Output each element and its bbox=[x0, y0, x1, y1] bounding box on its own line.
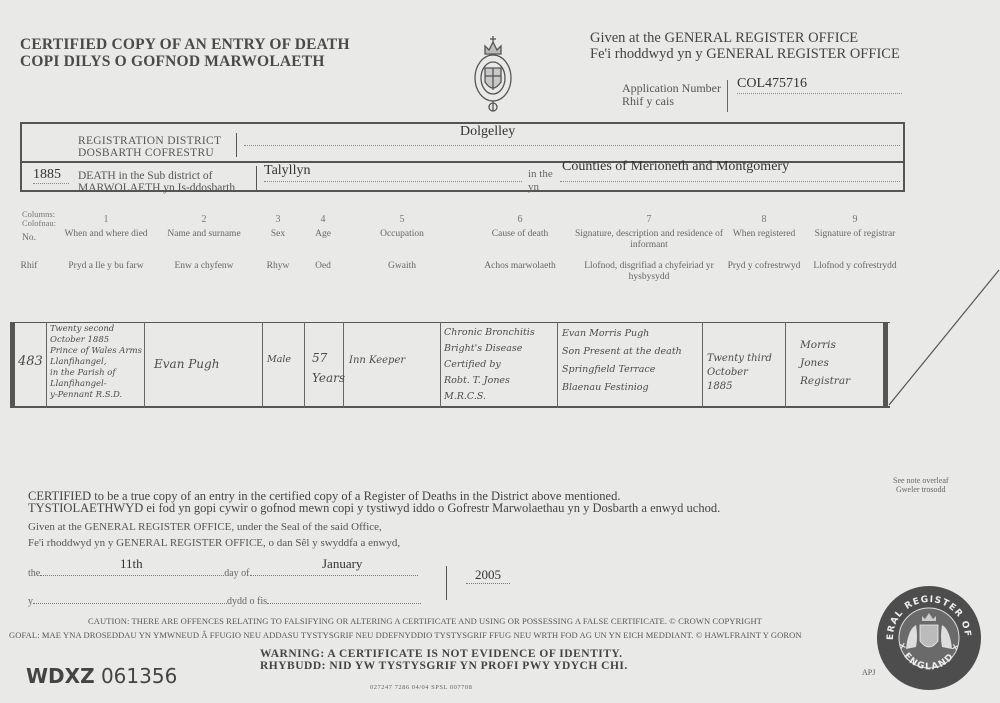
column-number: 4 bbox=[303, 214, 343, 225]
title-welsh: COPI DILYS O GOFNOD MARWOLAETH bbox=[20, 53, 350, 70]
column-header-welsh: Rhif bbox=[14, 261, 44, 272]
certified-welsh: TYSTIOLAETHWYD ei fod yn gopi cywir o go… bbox=[28, 502, 720, 514]
given-under-seal: Given at the GENERAL REGISTER OFFICE, un… bbox=[28, 521, 400, 550]
day-of-welsh: dydd o fis bbox=[227, 596, 267, 607]
column-header-welsh: Achos marwolaeth bbox=[465, 261, 575, 272]
column-divider bbox=[46, 322, 47, 408]
given-under-seal-welsh: Fe'i rhoddwyd yn y GENERAL REGISTER OFFI… bbox=[28, 537, 400, 550]
see-note-welsh: Gweler trosodd bbox=[893, 485, 949, 494]
column-divider bbox=[440, 322, 441, 408]
issue-month: January bbox=[322, 556, 362, 572]
column-header-english: Signature, description and residence of … bbox=[569, 229, 729, 251]
column-divider bbox=[702, 322, 703, 408]
left-margin-bar bbox=[10, 322, 15, 408]
column-header-welsh: Llofnod, disgrifiad a chyfeiriad yr hysb… bbox=[569, 261, 729, 283]
date-line-welsh: ydydd o fis bbox=[28, 596, 421, 607]
entry-number: 483 bbox=[18, 356, 43, 368]
column-divider bbox=[304, 322, 305, 408]
column-divider bbox=[785, 322, 786, 408]
warning-welsh: RHYBUDD: NID YW TYSTYSGRIF YN PROFI PWY … bbox=[260, 660, 628, 672]
certification-statement: CERTIFIED to be a true copy of an entry … bbox=[28, 490, 720, 514]
column-header-welsh: Enw a chyfenw bbox=[154, 261, 254, 272]
application-label-welsh: Rhif y cais bbox=[622, 95, 721, 108]
entry-age: 57Years bbox=[312, 348, 345, 388]
dotted-line bbox=[560, 181, 900, 182]
column-header-english: No. bbox=[14, 233, 44, 244]
issuing-office: Given at the GENERAL REGISTER OFFICE Fe'… bbox=[590, 30, 900, 62]
column-header-welsh: Gwaith bbox=[352, 261, 452, 272]
column-divider bbox=[262, 322, 263, 408]
column-header-english: When and where died bbox=[51, 229, 161, 240]
certificate-title: CERTIFIED COPY OF AN ENTRY OF DEATH COPI… bbox=[20, 36, 350, 70]
county-value: Counties of Merioneth and Montgomery bbox=[562, 159, 789, 175]
entry-when-registered: Twenty thirdOctober1885 bbox=[707, 352, 772, 394]
certificate-serial: WDXZ 061356 bbox=[26, 664, 177, 688]
application-number-label: Application Number Rhif y cais bbox=[622, 82, 721, 108]
the-label-welsh: y bbox=[28, 596, 33, 607]
column-header-english: When registered bbox=[719, 229, 809, 240]
column-number: 8 bbox=[719, 214, 809, 225]
in-the-welsh: yn bbox=[528, 181, 553, 194]
sub-district-label-welsh: MARWOLAETH yn Is-ddosbarth bbox=[78, 182, 235, 194]
serial-prefix: WDXZ bbox=[26, 664, 95, 688]
see-note-overleaf: See note overleaf Gweler trosodd bbox=[893, 476, 949, 494]
print-code: 027247 7286 04/04 SPSL 007708 bbox=[370, 684, 472, 691]
column-number: 3 bbox=[258, 214, 298, 225]
sub-district-value: Talyllyn bbox=[264, 163, 310, 179]
registration-district-label: REGISTRATION DISTRICT DOSBARTH COFRESTRU bbox=[78, 135, 221, 159]
brace bbox=[727, 80, 730, 112]
warning-english: WARNING: A CERTIFICATE IS NOT EVIDENCE O… bbox=[260, 648, 628, 660]
royal-crest-icon bbox=[468, 34, 518, 114]
sub-district-label-english: DEATH in the Sub district of bbox=[78, 170, 235, 182]
sub-district-label: DEATH in the Sub district of MARWOLAETH … bbox=[78, 170, 235, 194]
column-header-welsh: Rhyw bbox=[258, 261, 298, 272]
clerk-initials: APJ bbox=[862, 668, 875, 677]
column-header-welsh: Oed bbox=[303, 261, 343, 272]
entry-when-where: Twenty secondOctober 1885Prince of Wales… bbox=[50, 324, 142, 401]
district-label-english: REGISTRATION DISTRICT bbox=[78, 135, 221, 147]
title-english: CERTIFIED COPY OF AN ENTRY OF DEATH bbox=[20, 36, 350, 53]
gro-seal-icon: GENERAL REGISTER OFFICE × ENGLAND × bbox=[876, 585, 982, 691]
column-number: 6 bbox=[465, 214, 575, 225]
registration-district-value: Dolgelley bbox=[460, 124, 515, 140]
column-number: 5 bbox=[352, 214, 452, 225]
dotted-line bbox=[264, 181, 522, 182]
application-number-value: COL475716 bbox=[737, 76, 902, 94]
see-note-english: See note overleaf bbox=[893, 476, 949, 485]
serial-number: 061356 bbox=[101, 664, 177, 688]
caution-notice: CAUTION: THERE ARE OFFENCES RELATING TO … bbox=[45, 614, 802, 642]
caution-welsh: GOFAL: MAE YNA DROSEDDAU YN YMWNEUD Â FF… bbox=[9, 628, 802, 642]
entry-informant: Evan Morris PughSon Present at the death… bbox=[562, 325, 682, 397]
brace bbox=[236, 133, 241, 157]
column-header-english: Cause of death bbox=[465, 229, 575, 240]
caution-english: CAUTION: THERE ARE OFFENCES RELATING TO … bbox=[45, 614, 802, 628]
column-number: 1 bbox=[51, 214, 161, 225]
entry-registrar-signature: MorrisJonesRegistrar bbox=[800, 336, 850, 390]
day-of-label: day of bbox=[224, 568, 249, 579]
brace bbox=[446, 566, 451, 600]
district-label-welsh: DOSBARTH COFRESTRU bbox=[78, 147, 221, 159]
column-header-welsh: Pryd a lle y bu farw bbox=[51, 261, 161, 272]
entry-occupation: Inn Keeper bbox=[349, 355, 405, 367]
dotted-line bbox=[244, 145, 900, 146]
given-under-seal-english: Given at the GENERAL REGISTER OFFICE, un… bbox=[28, 521, 400, 534]
in-the-label: in the yn bbox=[528, 168, 553, 194]
entry-name: Evan Pugh bbox=[154, 358, 219, 370]
column-number: 2 bbox=[154, 214, 254, 225]
column-header-english: Name and surname bbox=[154, 229, 254, 240]
issuing-office-english: Given at the GENERAL REGISTER OFFICE bbox=[590, 30, 900, 46]
cancel-stroke bbox=[886, 268, 1000, 408]
the-label: the bbox=[28, 568, 40, 579]
issuing-office-welsh: Fe'i rhoddwyd yn y GENERAL REGISTER OFFI… bbox=[590, 46, 900, 62]
column-header-english: Age bbox=[303, 229, 343, 240]
brace bbox=[256, 166, 261, 190]
column-divider bbox=[557, 322, 558, 408]
issue-year: 2005 bbox=[466, 567, 510, 584]
death-entry-row: 483 Twenty secondOctober 1885Prince of W… bbox=[10, 322, 890, 408]
column-number: 9 bbox=[805, 214, 905, 225]
column-divider bbox=[144, 322, 145, 408]
entry-cause-of-death: Chronic BronchitisBright's DiseaseCertif… bbox=[444, 325, 535, 405]
column-header-english: Occupation bbox=[352, 229, 452, 240]
entry-sex: Male bbox=[267, 354, 291, 366]
in-the-english: in the bbox=[528, 168, 553, 181]
issue-day: 11th bbox=[120, 556, 143, 572]
column-header-welsh: Pryd y cofrestrwyd bbox=[719, 261, 809, 272]
column-header-english: Sex bbox=[258, 229, 298, 240]
column-header-english: Signature of registrar bbox=[805, 229, 905, 240]
column-number: 7 bbox=[569, 214, 729, 225]
registration-year: 1885 bbox=[33, 167, 69, 184]
identity-warning: WARNING: A CERTIFICATE IS NOT EVIDENCE O… bbox=[260, 648, 628, 672]
